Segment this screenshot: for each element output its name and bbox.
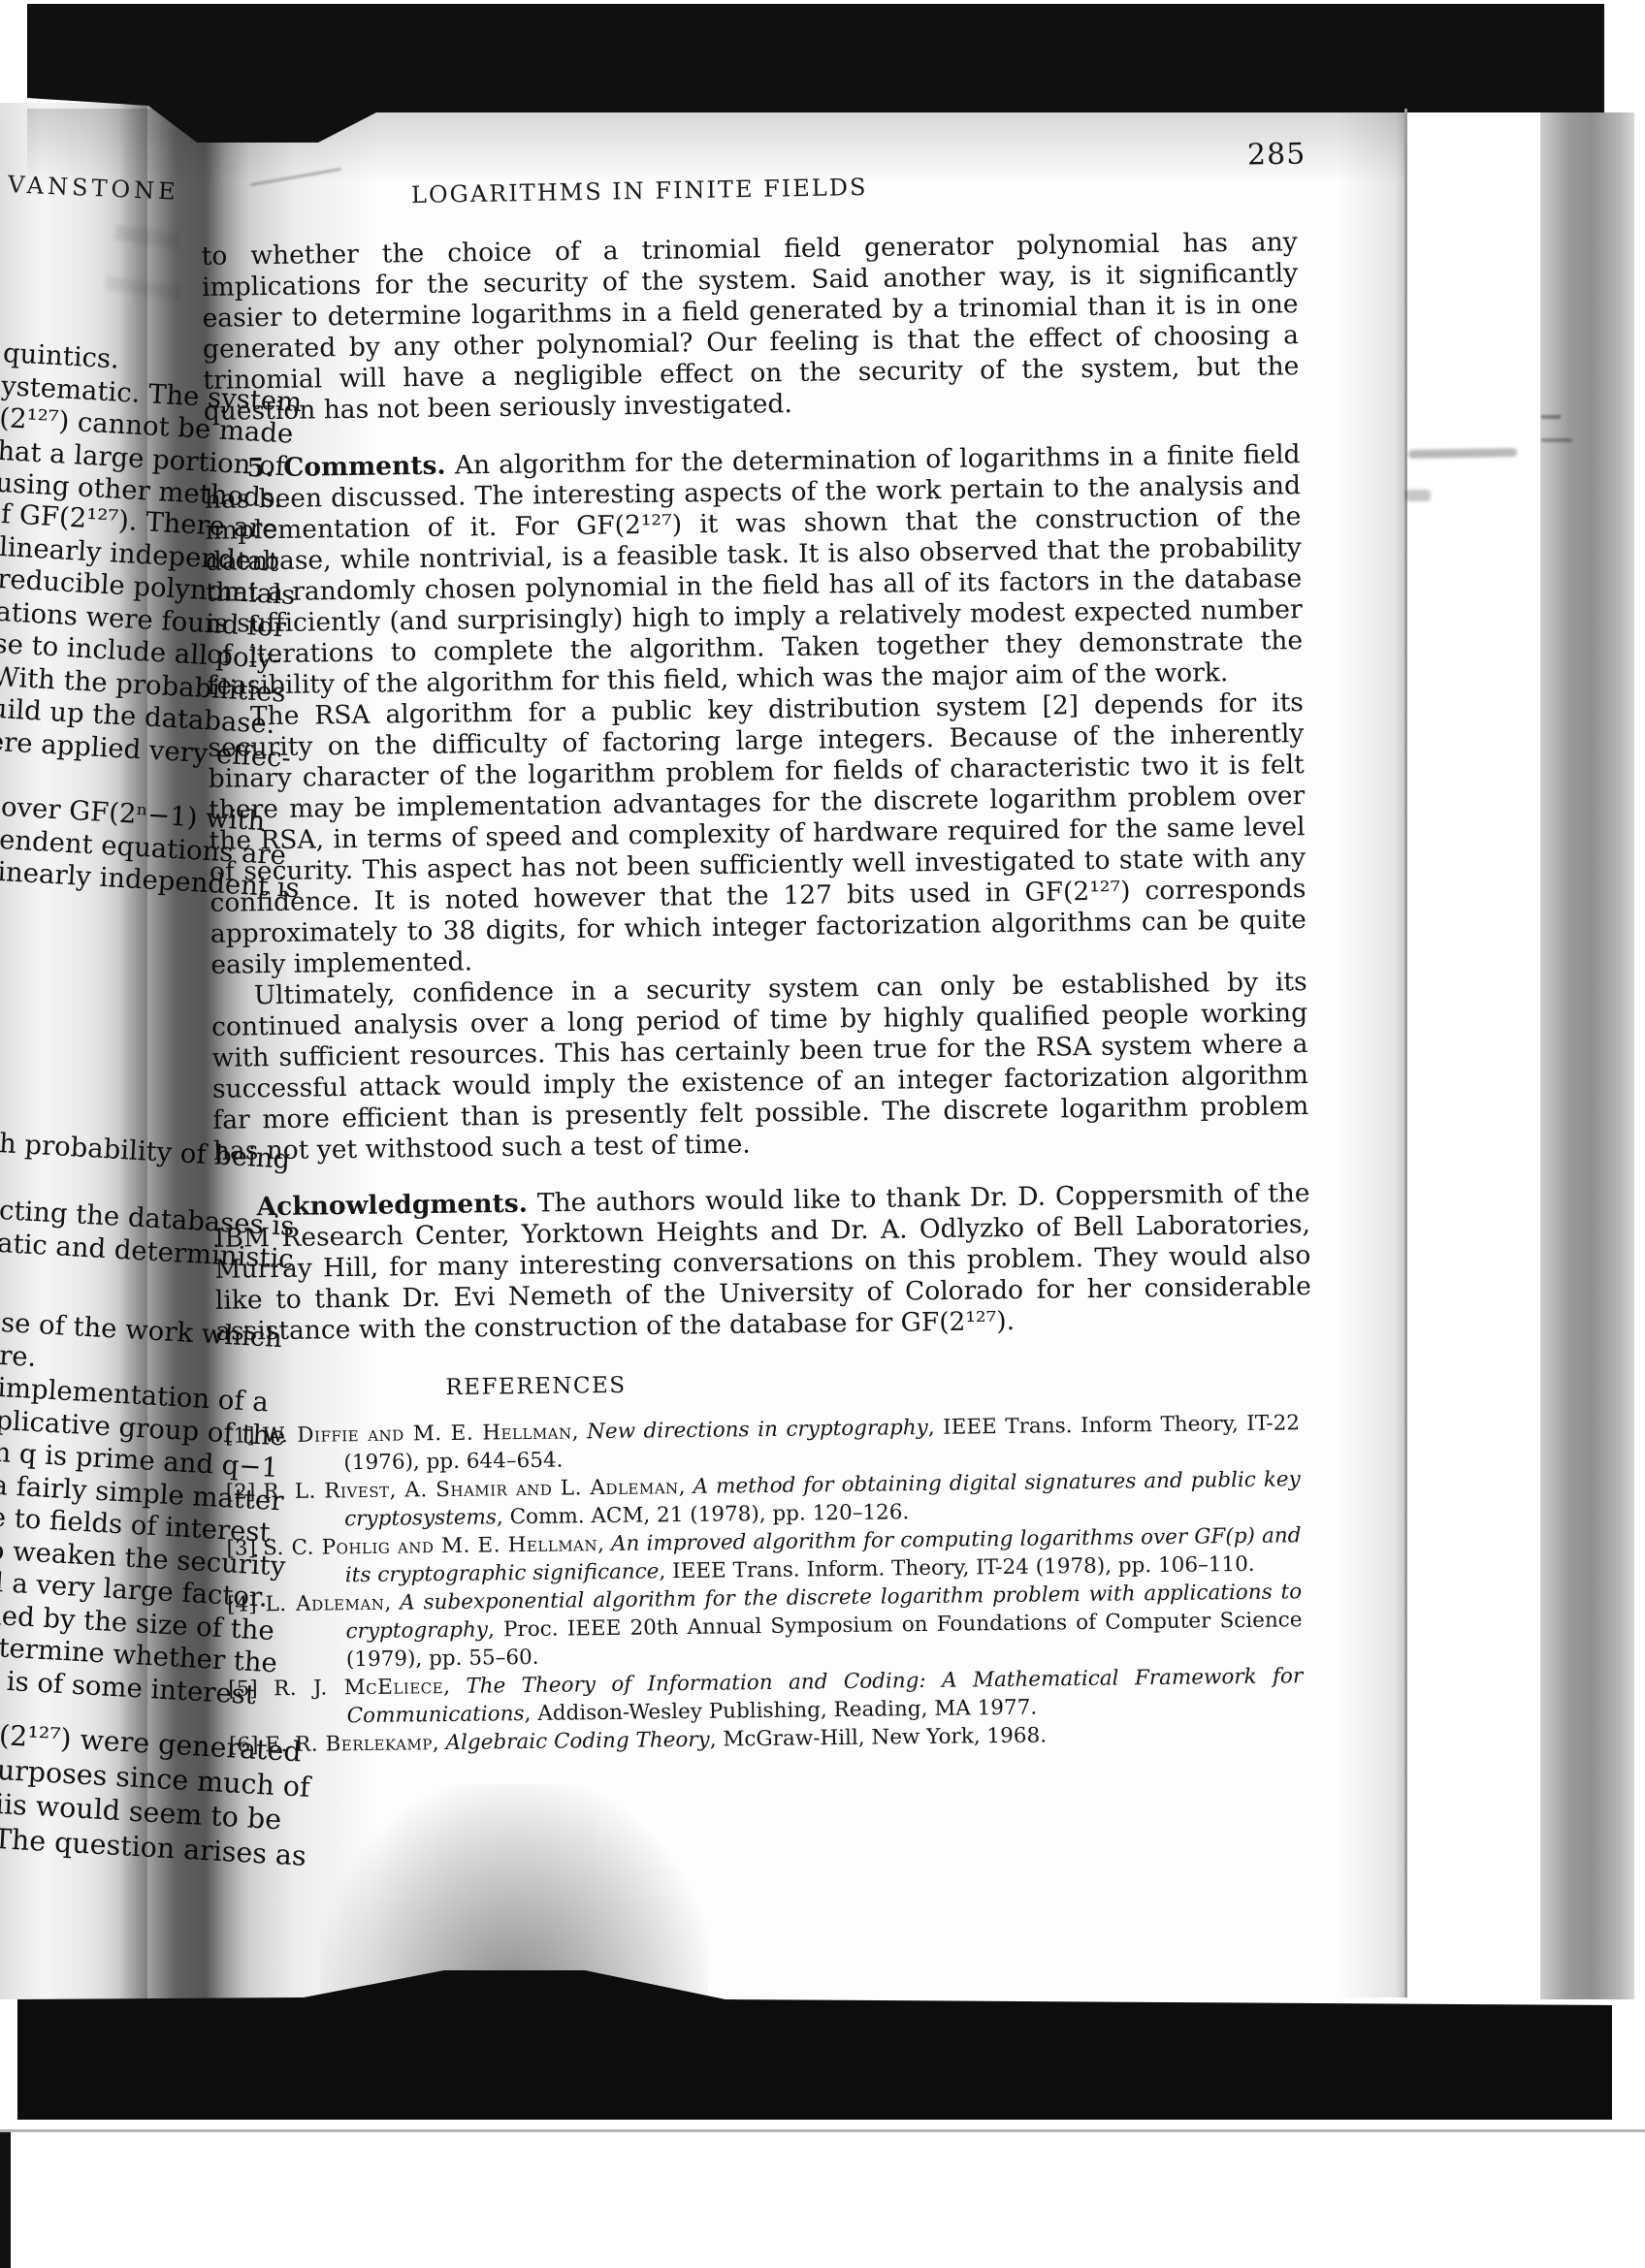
reference-segment: , (597, 1532, 611, 1556)
reference-segment: Algebraic Coding Theory (445, 1728, 710, 1755)
section-heading-acknowledgments: Acknowledgments. (256, 1189, 528, 1223)
reference-label: [2] (226, 1480, 264, 1504)
section-heading-comments: 5. Comments. (246, 451, 445, 484)
reference-label: [6] (229, 1733, 266, 1757)
reference-segment: , (679, 1475, 693, 1499)
reference-segment: , Addison-Wesley Publishing, Reading, MA… (524, 1696, 1037, 1726)
page-number: 285 (1247, 137, 1306, 172)
paragraph-text: to whether the choice of a trinomial fie… (202, 227, 1300, 427)
page-right-edge-line (1404, 109, 1407, 1997)
reference-item: [4] L. Adleman, A subexponential algorit… (227, 1578, 1303, 1676)
main-text-column: to whether the choice of a trinomial fie… (202, 227, 1312, 1348)
references-heading: REFERENCES (417, 1373, 655, 1401)
reference-segment: , (384, 1591, 400, 1615)
reference-segment: R. J. McEliece (274, 1675, 443, 1701)
reference-segment: , Proc. IEEE 20th Annual Symposium on Fo… (346, 1608, 1303, 1672)
reference-label: [5] (228, 1677, 274, 1702)
comments-paragraph: 5. Comments. An algorithm for the determ… (204, 439, 1303, 702)
references-list: [1] W. Diffie and M. E. Hellman, New dir… (225, 1409, 1304, 1760)
edge-mark (1541, 415, 1561, 419)
reference-segment: New directions in cryptography (587, 1416, 928, 1444)
edge-mark (1541, 438, 1572, 442)
reference-segment: , Comm. ACM, 21 (1978), pp. 120–126. (497, 1500, 910, 1529)
book-scan-page: VANSTONE LOGARITHMS IN FINITE FIELDS 285… (0, 0, 1645, 2268)
reference-segment: S. C. Pohlig and M. E. Hellman (263, 1532, 597, 1560)
paragraph-text: The RSA algorithm for a public key distr… (208, 687, 1306, 980)
paragraph-continuation: to whether the choice of a trinomial fie… (202, 227, 1300, 428)
reference-segment: , (572, 1420, 588, 1444)
rsa-paragraph: The RSA algorithm for a public key distr… (208, 687, 1307, 981)
page-right-edge-shading (1339, 107, 1405, 1997)
scan-footer-edge-bar (0, 2132, 11, 2268)
reference-segment: L. Adleman (265, 1591, 384, 1616)
reference-label: [1] (225, 1423, 263, 1448)
pencil-smudge (1405, 490, 1431, 501)
reference-segment: , (433, 1731, 446, 1755)
acknowledgments-paragraph: Acknowledgments. The authors would like … (213, 1178, 1311, 1348)
reference-segment: , McGraw-Hill, New York, 1968. (710, 1723, 1048, 1751)
reference-segment: , (443, 1675, 467, 1699)
reference-segment: E. R. Berlekamp (265, 1731, 433, 1757)
scan-footer-line (0, 2129, 1645, 2132)
pencil-smudge (1408, 448, 1517, 459)
ultimately-paragraph: Ultimately, confidence in a security sys… (211, 967, 1309, 1167)
reference-segment: W. Diffie and M. E. Hellman (263, 1420, 572, 1448)
paragraph-text: Ultimately, confidence in a security sys… (211, 967, 1309, 1166)
reference-segment: R. L. Rivest, A. Shamir and L. Adleman (263, 1475, 679, 1504)
page-stack-edge (1540, 112, 1634, 1999)
reference-label: [3] (226, 1536, 263, 1560)
reference-label: [4] (227, 1592, 266, 1616)
